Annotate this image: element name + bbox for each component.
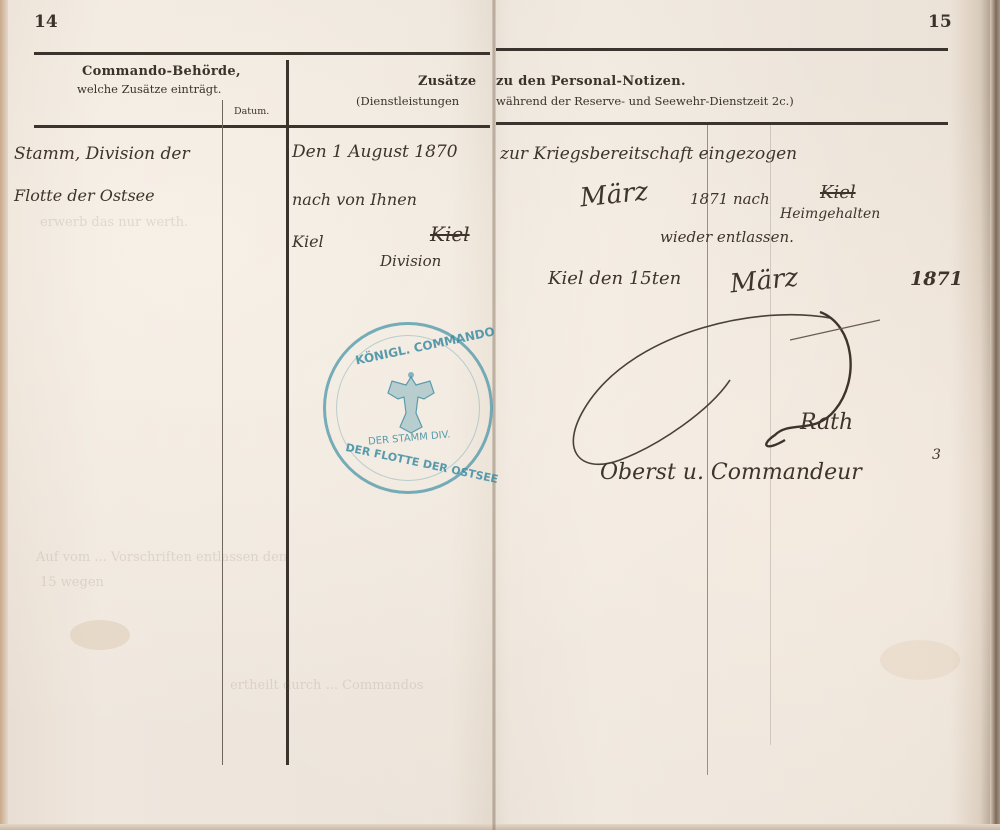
paper-stain xyxy=(70,620,130,650)
bleed-through-text: Auf vom ... Vorschriften entlassen den xyxy=(36,550,287,565)
handwritten-place-month: März xyxy=(729,263,800,300)
header-top-rule-left xyxy=(34,52,490,55)
book-spread: 14 15 Commando-Behörde, welche Zusätze e… xyxy=(0,0,1000,830)
handwritten-place-year: 1871 xyxy=(910,268,963,290)
bottom-page-edge xyxy=(0,824,1000,830)
handwritten-year-nach: 1871 nach xyxy=(690,190,770,208)
right-page-edge xyxy=(990,0,1000,830)
header-additions-title-cont: zu den Personal-Notizen. xyxy=(496,74,686,89)
handwritten-entry-line1: Den 1 August 1870 xyxy=(292,142,458,162)
handwritten-struck-kiel: Kiel xyxy=(820,182,856,203)
left-page-number: 14 xyxy=(34,12,58,32)
header-authority-title: Commando-Behörde, xyxy=(82,64,241,79)
header-authority-subtitle: welche Zusätze einträgt. xyxy=(77,82,221,96)
signature-flourish-icon xyxy=(560,300,980,520)
date-column-divider xyxy=(222,100,223,765)
handwritten-mark: 3 xyxy=(932,447,941,463)
official-stamp: KÖNIGL. COMMANDO DER STAMM DIV. DER FLOT… xyxy=(323,322,493,494)
header-additions-title: Zusätze xyxy=(418,74,476,89)
paper-stain xyxy=(880,640,960,680)
handwritten-struck-word: Kiel xyxy=(430,222,470,246)
column-divider-bold xyxy=(286,60,289,765)
header-additions-subtitle-cont: während der Reserve- und Seewehr-Dienstz… xyxy=(496,94,794,108)
left-page-edge xyxy=(0,0,8,830)
header-top-rule-right xyxy=(496,48,948,51)
header-bottom-rule-right xyxy=(496,122,948,125)
header-date-label: Datum. xyxy=(234,106,269,117)
handwritten-signature-title: Oberst u. Commandeur xyxy=(600,460,862,485)
handwritten-right-line1: zur Kriegsbereitschaft eingezogen xyxy=(500,144,797,164)
handwritten-right-line4: wieder entlassen. xyxy=(660,228,794,246)
handwritten-entry-line4: Division xyxy=(380,252,441,270)
handwritten-month: März xyxy=(579,177,650,214)
handwritten-entry-line2: nach von Ihnen xyxy=(292,190,417,209)
handwritten-right-line3: Heimgehalten xyxy=(780,206,880,222)
right-page-number: 15 xyxy=(928,12,952,32)
bleed-through-text: 15 wegen xyxy=(40,575,104,590)
handwritten-entry-line3: Kiel xyxy=(292,232,324,251)
handwritten-authority-line1: Stamm, Division der xyxy=(14,144,190,164)
bleed-through-text: erwerb das nur werth. xyxy=(40,215,188,230)
bleed-through-text: ertheilt durch ... Commandos xyxy=(230,678,423,693)
handwritten-signature-name: Rath xyxy=(800,410,853,435)
header-bottom-rule-left xyxy=(34,125,490,128)
handwritten-authority-line2: Flotte der Ostsee xyxy=(14,186,155,205)
handwritten-place-date: Kiel den 15ten xyxy=(548,268,681,289)
header-additions-subtitle: (Dienstleistungen xyxy=(356,94,459,108)
